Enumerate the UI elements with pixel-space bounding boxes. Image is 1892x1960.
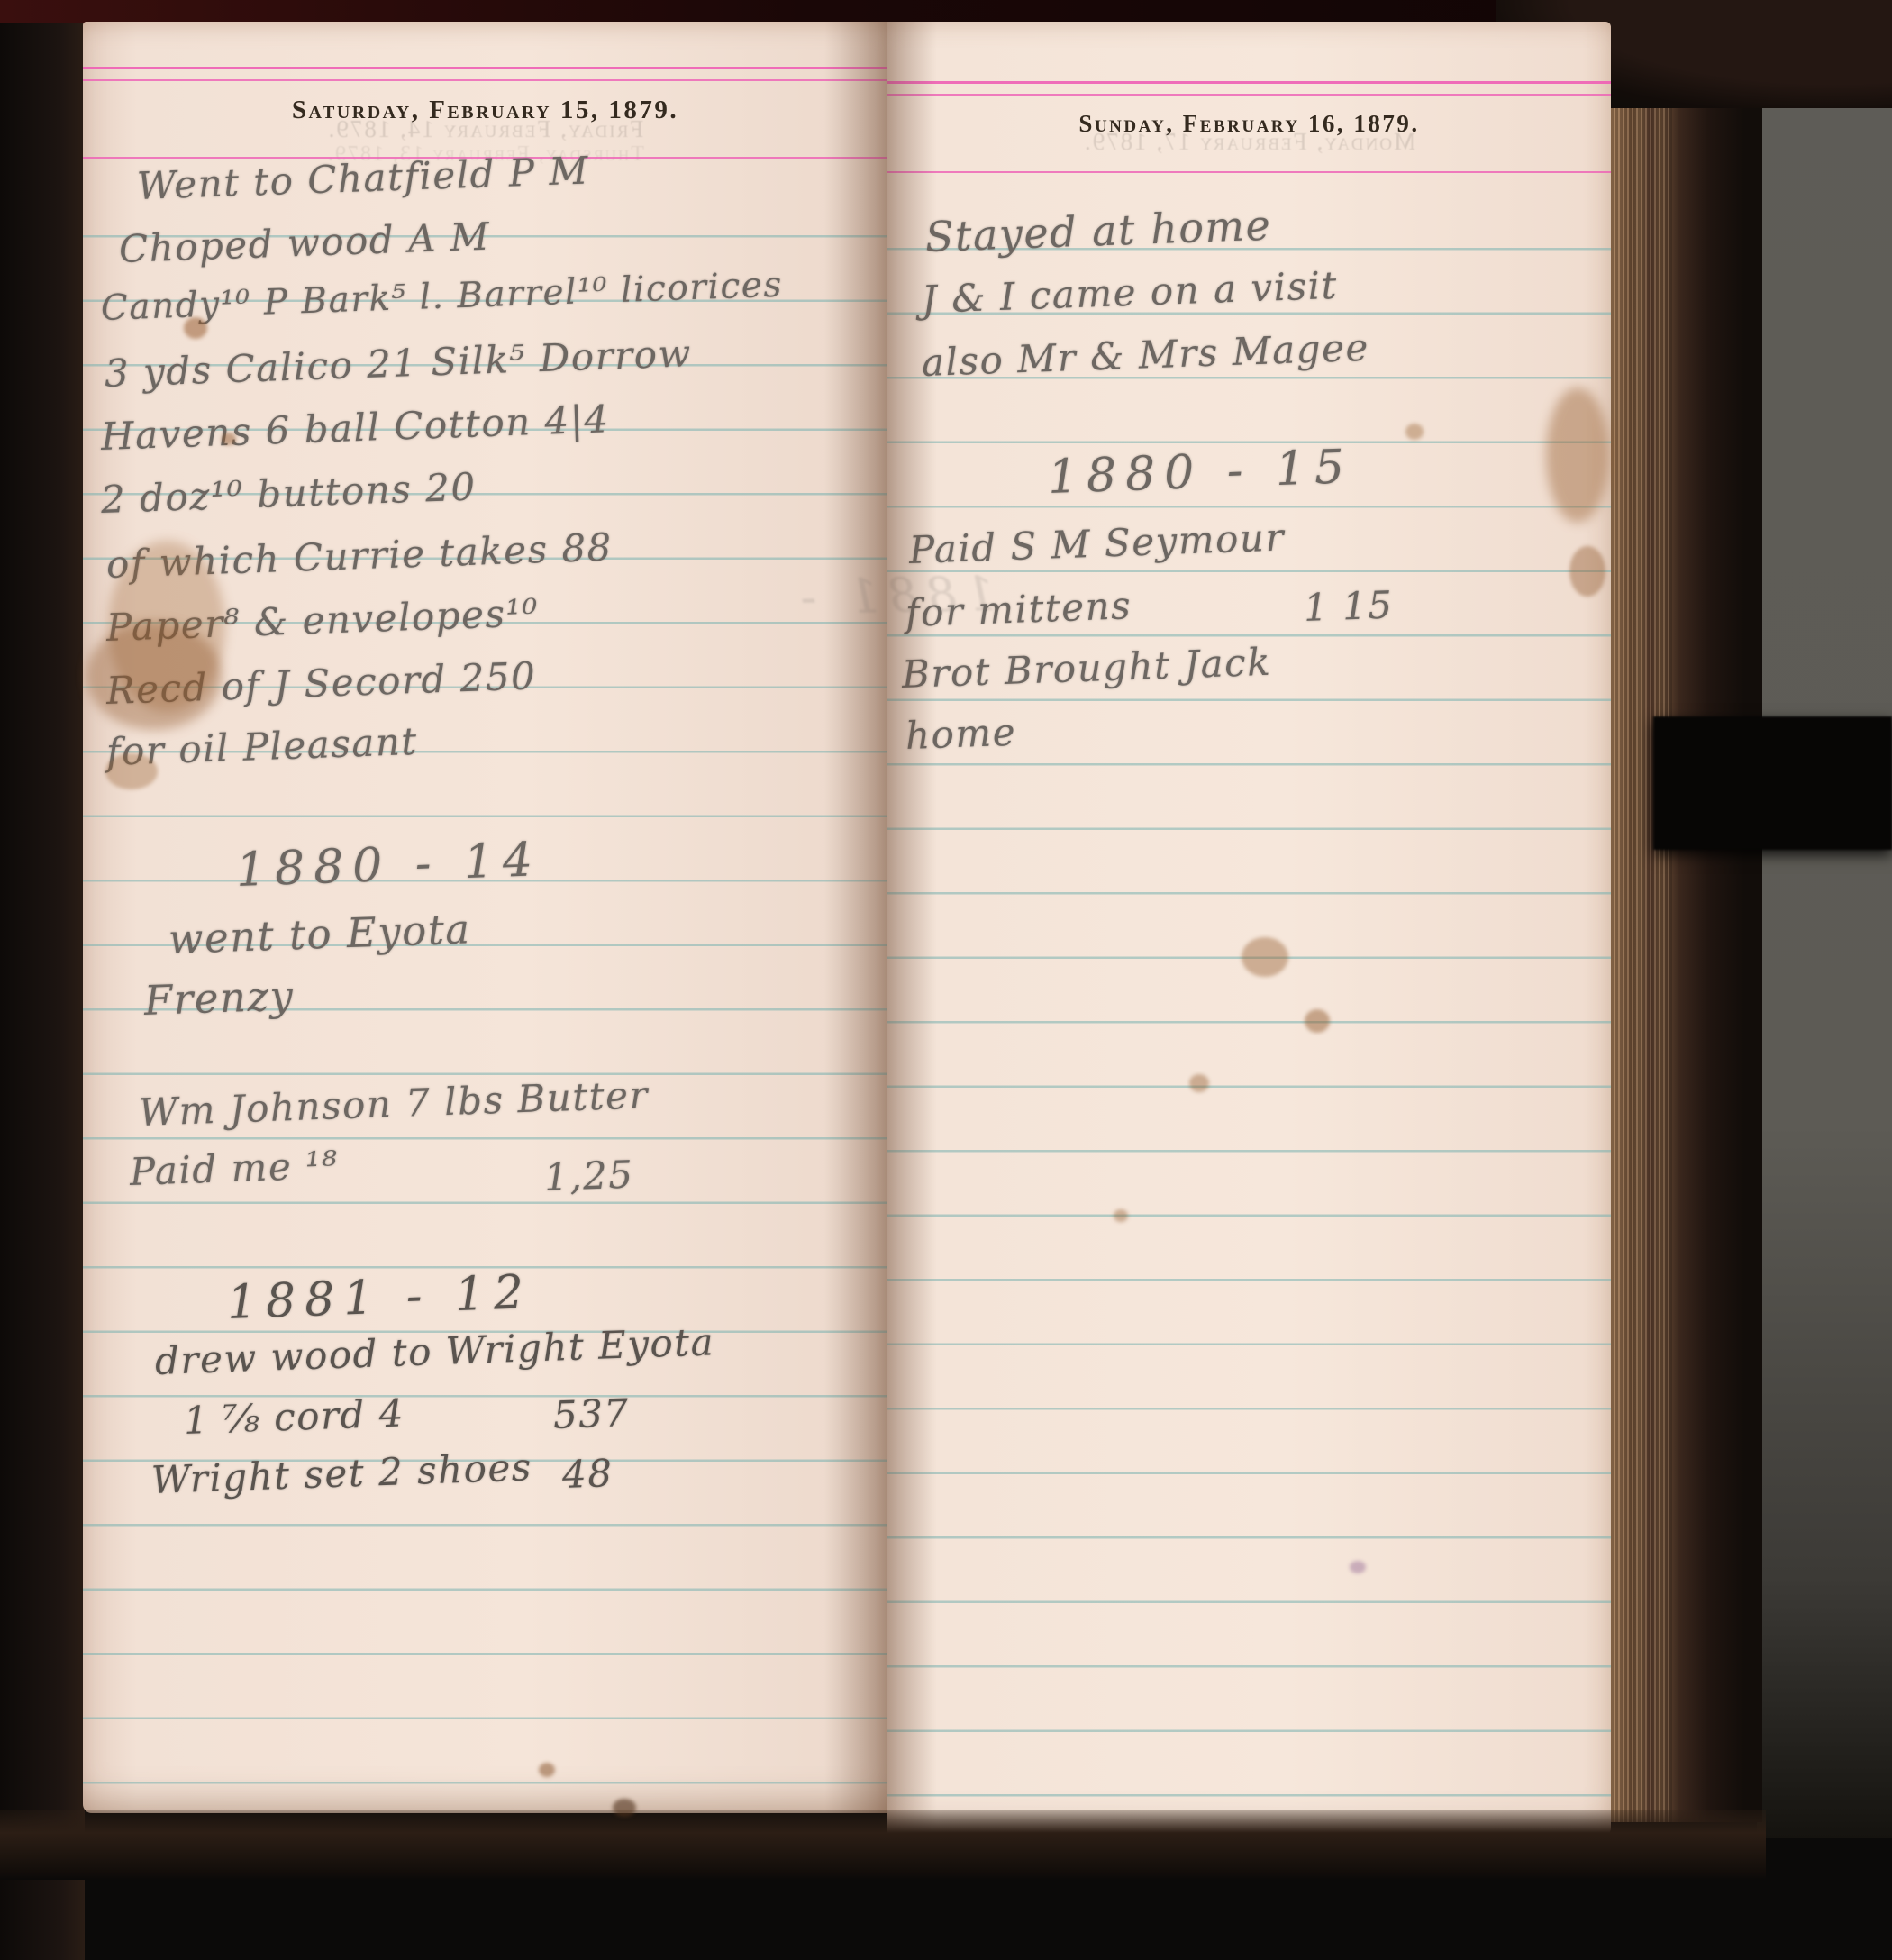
ghost-header-showthrough: Friday, February 14, 1879. bbox=[83, 115, 887, 143]
book-cover-bottom bbox=[0, 1810, 1766, 1880]
pink-head-rule bbox=[887, 81, 1611, 84]
stain bbox=[1405, 424, 1424, 440]
handwritten-entry-number: 1880 - 14 bbox=[235, 833, 542, 898]
book-closure-strap bbox=[1653, 716, 1892, 850]
handwritten-entry-number: 1881 - 12 bbox=[226, 1265, 533, 1330]
handwritten-amount: 1 15 bbox=[1303, 583, 1394, 630]
right-page: Sunday, February 16, 1879. Monday, Febru… bbox=[887, 22, 1611, 1838]
gutter-shadow bbox=[824, 22, 887, 1813]
stain bbox=[1305, 1009, 1330, 1033]
stain bbox=[1350, 1561, 1366, 1573]
book-cover-top bbox=[0, 0, 1586, 23]
pink-head-rule bbox=[887, 171, 1611, 173]
stain bbox=[1242, 937, 1288, 977]
pink-head-rule bbox=[83, 79, 887, 81]
stain bbox=[1546, 387, 1609, 523]
gutter-shadow bbox=[887, 22, 937, 1838]
stain bbox=[105, 753, 158, 789]
handwritten-line: Paid me ¹⁸ bbox=[129, 1143, 339, 1194]
book-page-edges bbox=[1609, 20, 1762, 1822]
handwritten-line: Frenzy bbox=[143, 971, 295, 1025]
stain bbox=[1114, 1209, 1128, 1222]
diary-scan: Saturday, February 15, 1879. Friday, Feb… bbox=[0, 0, 1892, 1960]
left-page: Saturday, February 15, 1879. Friday, Feb… bbox=[83, 22, 887, 1813]
scanner-background bbox=[1757, 0, 1892, 1838]
pink-head-rule bbox=[83, 67, 887, 69]
ghost-header-showthrough: Monday, February 17, 1879. bbox=[887, 128, 1611, 156]
stain bbox=[222, 433, 236, 445]
ruled-lines bbox=[887, 186, 1611, 1833]
stain bbox=[86, 622, 222, 730]
book-cover-left bbox=[0, 0, 85, 1960]
stain bbox=[613, 1799, 636, 1817]
stain bbox=[184, 317, 207, 339]
handwritten-amount: 537 bbox=[552, 1390, 630, 1437]
handwritten-entry-number: 1880 - 15 bbox=[1047, 440, 1354, 505]
stain bbox=[1569, 546, 1605, 597]
handwritten-line: 1 ⅞ cord 4 bbox=[183, 1390, 405, 1443]
stain bbox=[539, 1763, 555, 1777]
handwritten-amount: 48 bbox=[561, 1451, 614, 1497]
stain bbox=[1189, 1074, 1209, 1092]
handwritten-amount: 1,25 bbox=[543, 1153, 634, 1199]
pink-head-rule bbox=[887, 94, 1611, 96]
